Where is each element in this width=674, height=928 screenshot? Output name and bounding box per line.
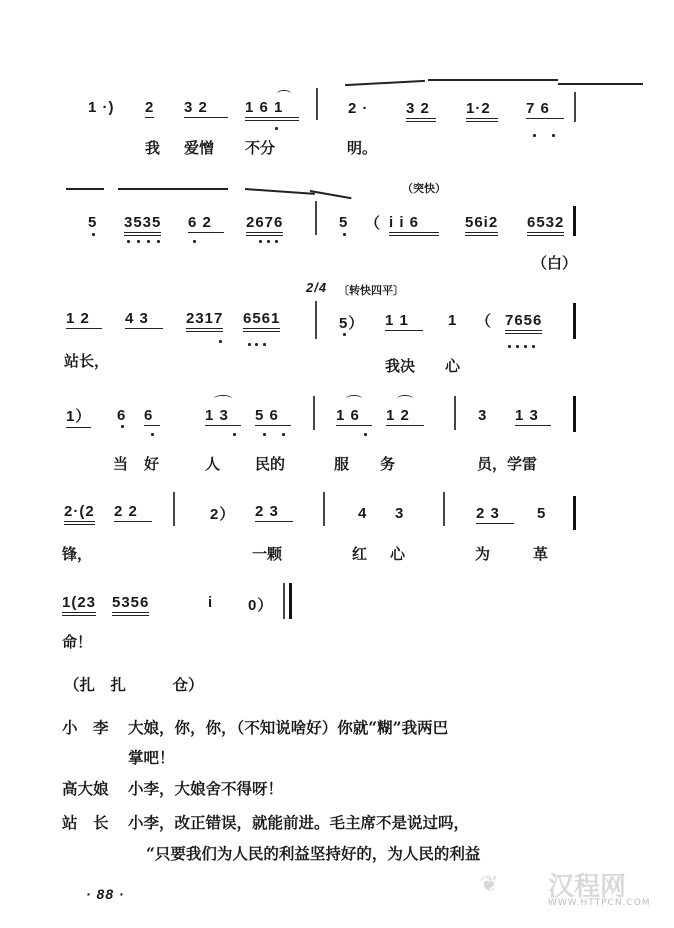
octave-dot [282, 433, 285, 436]
note-group: 1） [66, 405, 91, 428]
speaker-name: 高大娘 [62, 777, 109, 799]
bar-line [316, 88, 318, 120]
lyric: 锋， [62, 543, 92, 564]
lyric: 服 [334, 453, 349, 474]
lyric: 不分 [245, 137, 275, 158]
lyric: 当 [113, 453, 128, 474]
note-group: 3 [395, 505, 404, 522]
dialogue-text: 小李，大娘舍不得呀！ [128, 777, 283, 799]
octave-dot [121, 425, 124, 428]
note-group: 1 6 [336, 407, 372, 426]
dialogue-text: “只要我们为人民的利益坚持好的，为人民的利益 [146, 842, 480, 864]
octave-dot [516, 345, 519, 348]
tie-line [66, 188, 104, 190]
octave-dot [275, 240, 278, 243]
note-group: 1 2 [66, 310, 102, 329]
double-bar-line [289, 583, 292, 619]
note-group: 4 [358, 505, 367, 522]
note-group: i i 6 [389, 214, 439, 236]
octave-dot [343, 233, 346, 236]
note-group: i [208, 594, 213, 611]
note-group: 2） [210, 503, 235, 524]
bar-line [313, 396, 315, 430]
note-group: 3 2 [406, 100, 436, 122]
score-page: 1 ·) 2 3 2 1 6 1 2 · 3 2 1·2 7 6 我 爱憎 不分… [0, 0, 674, 928]
note-group: 1 6 1 [245, 99, 299, 121]
time-signature: 2/4 [306, 280, 327, 295]
note-group: 5 6 [255, 407, 291, 426]
note-group: 2317 [186, 310, 223, 332]
double-bar-line [283, 583, 285, 619]
tempo-mark: 〔转快四平〕 [338, 282, 404, 298]
octave-dot [219, 340, 222, 343]
slur-mark [397, 395, 413, 402]
lyric: 命！ [62, 631, 92, 652]
octave-dot [343, 333, 346, 336]
speaker-name: 站 长 [62, 811, 109, 833]
octave-dot [532, 345, 535, 348]
note-group: 1 [448, 312, 457, 329]
note-group: 6 [117, 407, 126, 424]
note-group: 7656 [505, 312, 542, 334]
octave-dot [127, 240, 130, 243]
octave-dot [263, 433, 266, 436]
note-group: 3 2 [184, 99, 228, 118]
note-group: 5 [339, 214, 348, 231]
octave-dot [233, 433, 236, 436]
note-group: 2 3 [476, 505, 514, 524]
percussion-cue: （扎 扎 仓） [64, 673, 204, 695]
dialogue-text: 小李，改正错误，就能前进。毛主席不是说过吗， [128, 811, 469, 833]
note-group: 5） [339, 312, 364, 333]
note-group: 1·2 [466, 100, 498, 122]
note-group: 2 · [348, 100, 369, 117]
note-group: 1 3 [205, 407, 241, 426]
bar-line [574, 92, 576, 122]
slur-mark [214, 395, 232, 402]
octave-dot [248, 343, 251, 346]
dialogue-text: 掌吧！ [128, 746, 175, 768]
lyric: 革 [533, 543, 548, 564]
watermark-logo-icon: ❦ [480, 872, 498, 897]
slur-mark [277, 90, 291, 97]
octave-dot [157, 240, 160, 243]
lyric: 人 [205, 453, 220, 474]
note-group: 2 3 [255, 503, 293, 522]
octave-dot [533, 134, 536, 137]
octave-dot [267, 240, 270, 243]
lyric: 员，学雷 [477, 453, 537, 474]
lyric: 明。 [347, 137, 377, 158]
note-group: 2676 [246, 214, 283, 236]
note-group: 2 2 [114, 503, 152, 522]
note-group: 1(23 [62, 594, 96, 616]
tie-line [310, 190, 352, 199]
lyric: 我决 [385, 355, 415, 376]
note-group: 6532 [527, 214, 564, 236]
octave-dot [524, 345, 527, 348]
note-group: 2 [145, 99, 154, 118]
lyric: 为 [475, 543, 490, 564]
octave-dot [193, 240, 196, 243]
note-group: 5 [537, 505, 546, 522]
note-group: 6561 [243, 310, 280, 332]
bar-line [573, 496, 576, 530]
lyric: 民的 [255, 453, 285, 474]
note-group: 6 [144, 407, 160, 426]
bar-line [315, 301, 317, 339]
note-group: 1 ·) [88, 99, 115, 116]
speaker-name: 小 李 [62, 716, 109, 738]
lyric: 务 [380, 453, 395, 474]
lyric: 一颗 [252, 543, 282, 564]
octave-dot [364, 433, 367, 436]
watermark-url: WWW.HTTPCN.COM [548, 898, 651, 908]
note-group: 3 [478, 407, 487, 424]
note-group: 1 2 [386, 407, 424, 426]
octave-dot [92, 233, 95, 236]
octave-dot [255, 343, 258, 346]
bar-line [573, 303, 576, 339]
lyric: 心 [390, 543, 405, 564]
bar-line [323, 492, 325, 526]
bar-line [573, 396, 576, 432]
paren: （ [365, 212, 381, 233]
octave-dot [137, 240, 140, 243]
note-group: 56i2 [465, 214, 498, 236]
lyric: 爱憎 [184, 137, 214, 158]
tie-line [245, 188, 315, 195]
note-group: 3535 [124, 214, 161, 236]
octave-dot [147, 240, 150, 243]
bar-line [443, 492, 445, 526]
tempo-mark: （突快） [402, 180, 446, 196]
note-group: 7 6 [526, 100, 564, 119]
note-group: 5356 [112, 594, 149, 616]
lyric: 我 [145, 137, 160, 158]
aside-mark: （白） [532, 252, 577, 273]
tie-line [345, 80, 425, 86]
note-group: 4 3 [125, 310, 163, 329]
lyric: 好 [144, 453, 159, 474]
octave-dot [508, 345, 511, 348]
bar-line [315, 201, 317, 235]
note-group: 1 3 [515, 407, 551, 426]
octave-dot [151, 433, 154, 436]
slur-mark [346, 395, 362, 402]
octave-dot [275, 127, 278, 130]
tie-line [118, 188, 228, 190]
bar-line [573, 206, 576, 236]
dialogue-text: 大娘，你，你，（不知说啥好）你就“糊”我两巴 [128, 716, 448, 738]
tie-line [558, 83, 643, 85]
lyric: 心 [445, 355, 460, 376]
note-group: 2·(2 [64, 503, 95, 525]
lyric: 站长， [64, 350, 109, 371]
note-group: 6 2 [188, 214, 224, 233]
paren: （ [476, 310, 492, 331]
octave-dot [552, 134, 555, 137]
note-group: 1 1 [385, 312, 423, 331]
octave-dot [263, 343, 266, 346]
lyric: 红 [352, 543, 367, 564]
bar-line [173, 492, 175, 526]
bar-line [454, 396, 456, 430]
note-group: 0） [248, 594, 273, 615]
page-number: · 88 · [86, 886, 125, 902]
octave-dot [259, 240, 262, 243]
note-group: 5 [88, 214, 97, 231]
tie-line [428, 79, 558, 81]
